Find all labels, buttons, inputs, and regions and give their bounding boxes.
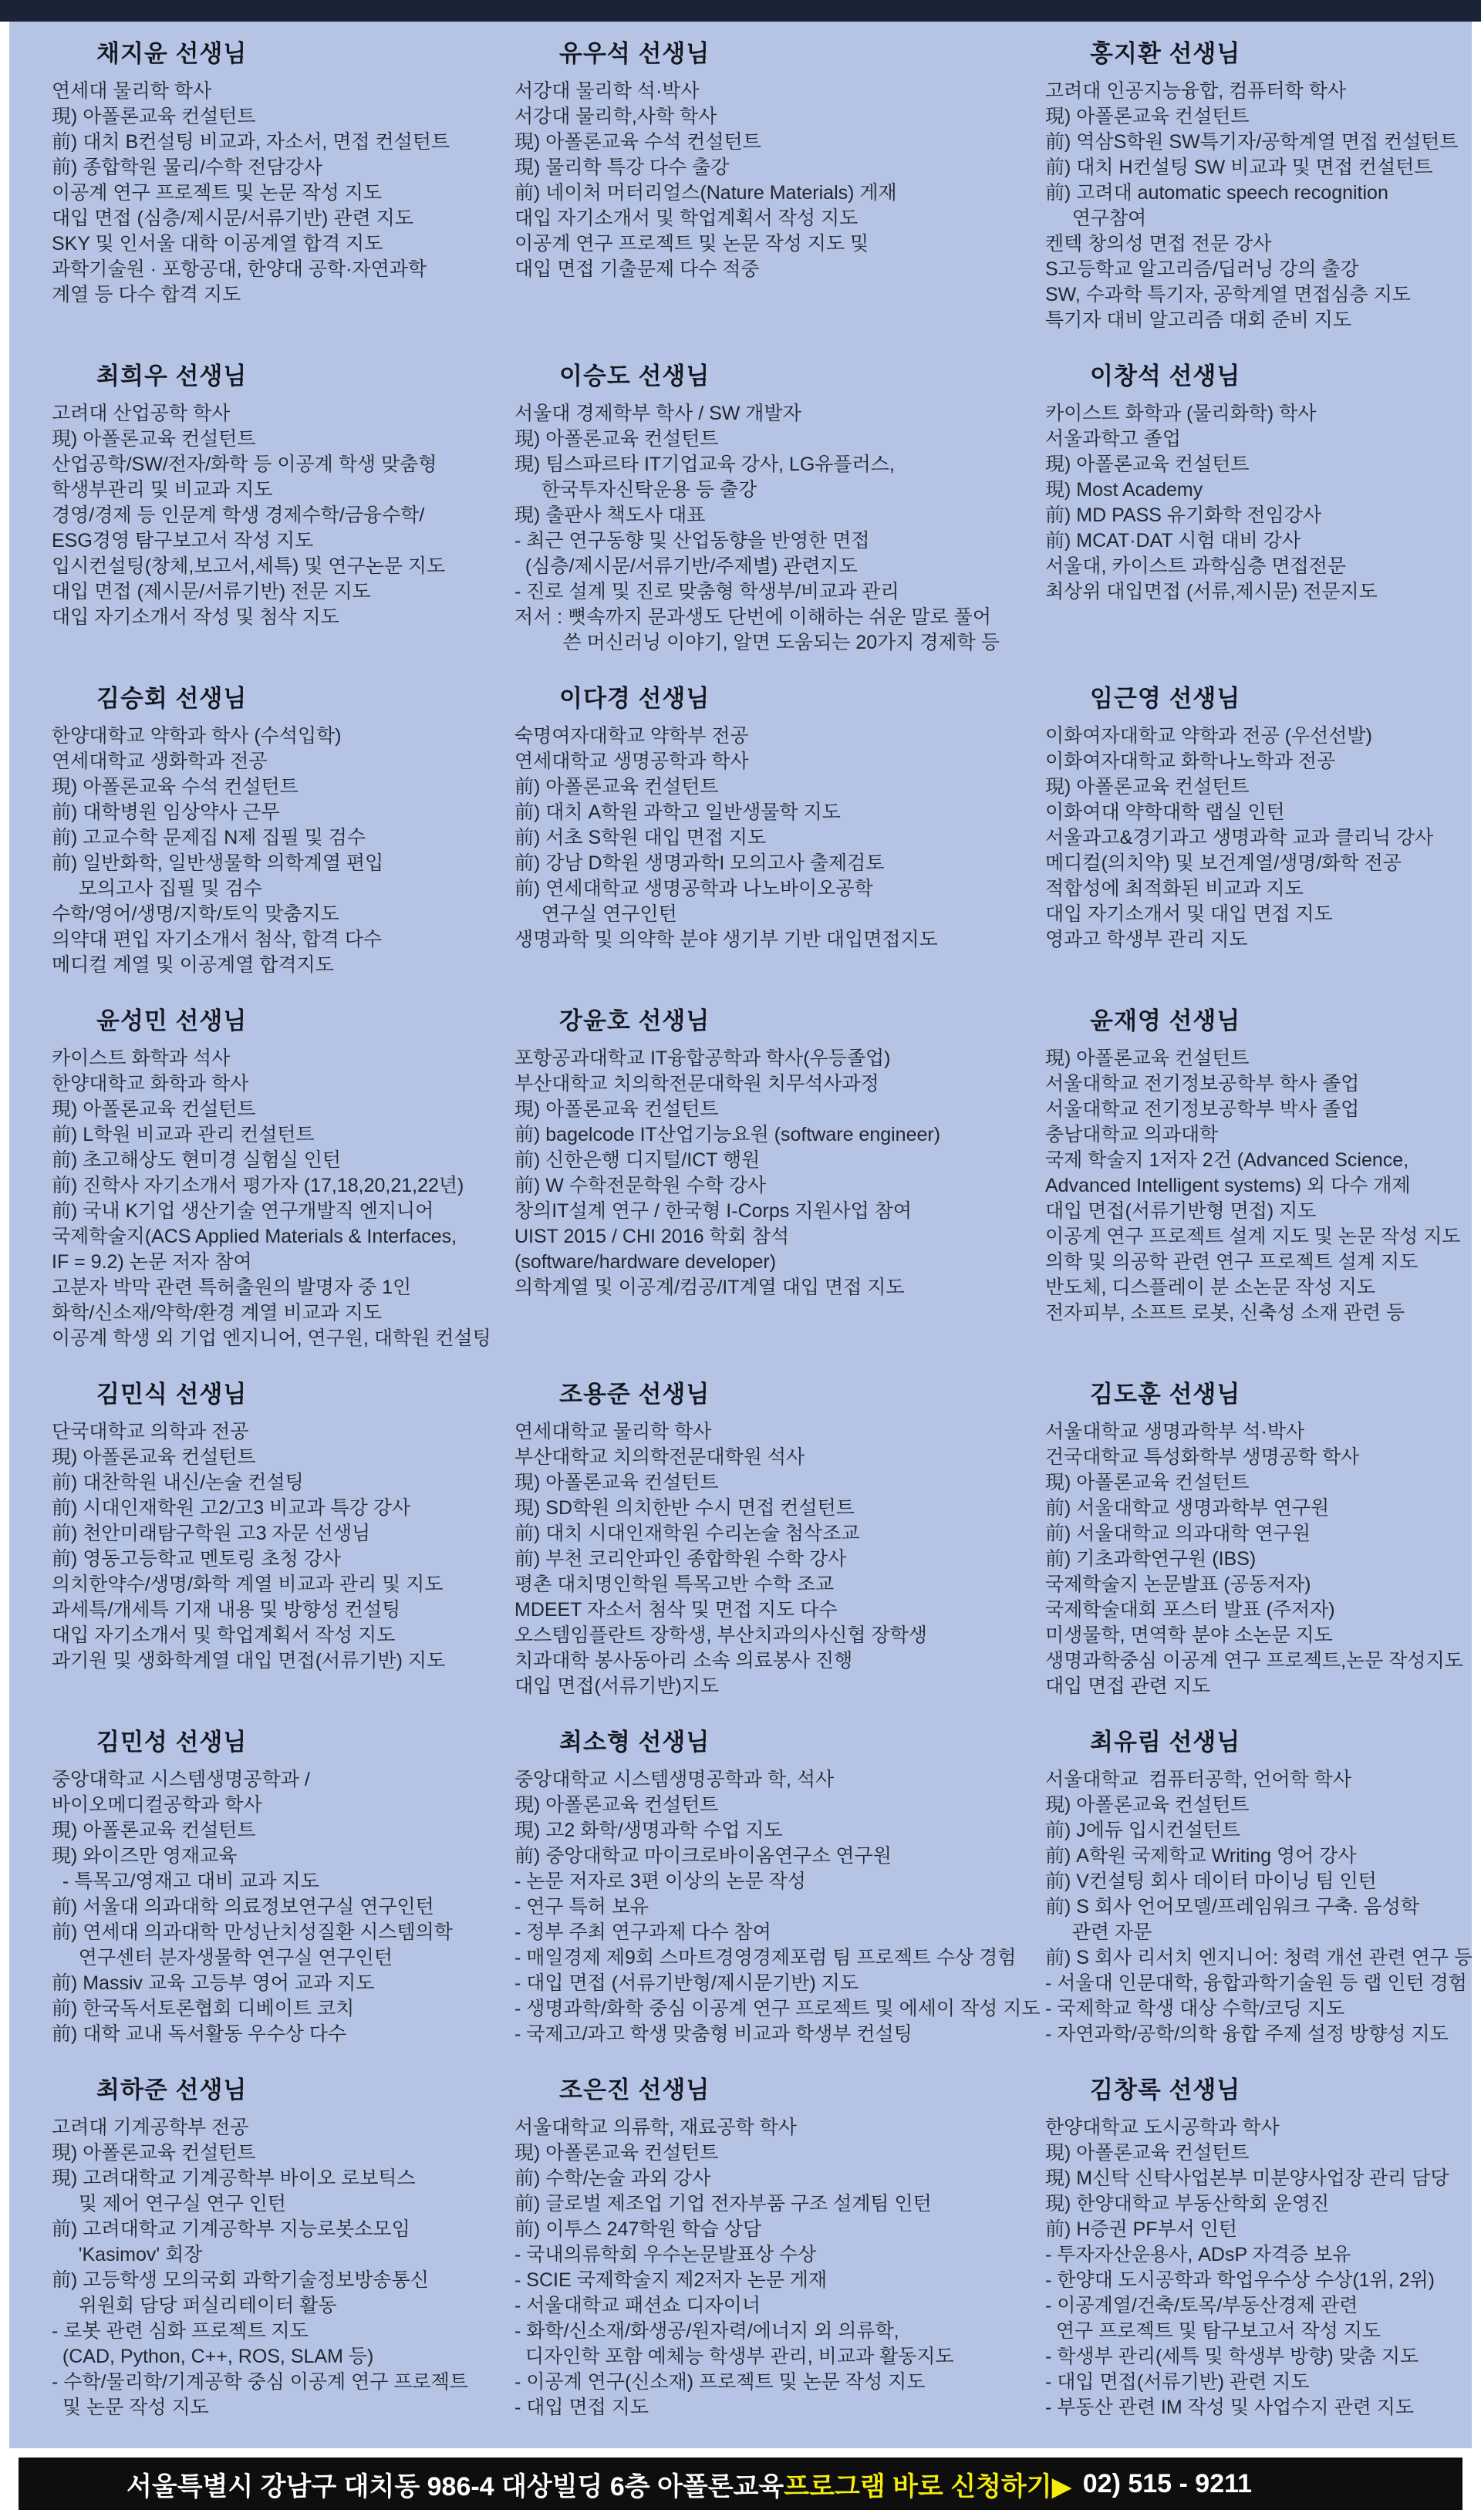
profile-line: 現) 아폴론교육 컨설턴트: [1045, 1046, 1472, 1071]
profile-line: 前) 일반화학, 일반생물학 의학계열 편입: [52, 851, 514, 876]
profile-line: 現) 아폴론교육 컨설턴트: [1045, 1470, 1472, 1496]
profile-line: 고분자 박막 관련 특허출원의 발명자 중 1인: [52, 1275, 514, 1300]
profile-line: - 국내의류학회 우수논문발표상 수상: [514, 2242, 1045, 2268]
profile-line: 現) 아폴론교육 컨설턴트: [1045, 104, 1472, 130]
profile-line: S고등학교 알고리즘/딥러닝 강의 출강: [1045, 257, 1472, 282]
profile-line: - 학생부 관리(세특 및 학생부 방향) 맞춤 지도: [1045, 2344, 1472, 2370]
profile-line: 前) 연세대학교 생명공학과 나노바이오공학: [514, 876, 1045, 902]
profile-line: 의약대 편입 자기소개서 첨삭, 합격 다수: [52, 927, 514, 953]
profile-card: 조용준 선생님연세대학교 물리학 학사부산대학교 치의학전문대학원 석사現) 아…: [514, 1381, 1045, 1699]
teacher-name: 윤재영 선생님: [1090, 1007, 1472, 1035]
profile-line: 연세대학교 물리학 학사: [514, 1419, 1045, 1445]
profile-line: 의학 및 의공학 관련 연구 프로젝트 설계 지도: [1045, 1250, 1472, 1275]
profile-line: (software/hardware developer): [514, 1250, 1045, 1275]
profile-line: - 진로 설계 및 진로 맞춤형 학생부/비교과 관리: [514, 579, 1045, 605]
profile-line: - 서울대 인문대학, 융합과학기술원 등 랩 인턴 경험: [1045, 1971, 1472, 1996]
profile-line: - 대입 면접 (서류기반형/제시문기반) 지도: [514, 1971, 1045, 1996]
profile-line: 現) 아폴론교육 컨설턴트: [514, 427, 1045, 452]
profile-card: 김민성 선생님중앙대학교 시스템생명공학과 /바이오메디컬공학과 학사現) 아폴…: [52, 1729, 514, 2047]
profile-line: 산업공학/SW/전자/화학 등 이공계 학생 맞춤형: [52, 452, 514, 477]
profile-line: - 생명과학/화학 중심 이공계 연구 프로젝트 및 에세이 작성 지도: [514, 1996, 1045, 2022]
profile-card: 이승도 선생님서울대 경제학부 학사 / SW 개발자現) 아폴론교육 컨설턴트…: [514, 363, 1045, 656]
profile-line: 서울대학교 전기정보공학부 박사 졸업: [1045, 1097, 1472, 1122]
profile-line: 연구참여: [1045, 206, 1472, 231]
profile-line: 미생물학, 면역학 분야 소논문 지도: [1045, 1623, 1472, 1648]
profile-line: 現) SD학원 의치한반 수시 면접 컨설턴트: [514, 1496, 1045, 1521]
footer-phone-number: 02) 515 - 9211: [1083, 2469, 1252, 2499]
teacher-name: 채지윤 선생님: [96, 40, 514, 68]
profile-line: SW, 수과학 특기자, 공학계열 면접심층 지도: [1045, 282, 1472, 308]
profile-line: - 한양대 도시공학과 학업우수상 수상(1위, 2위): [1045, 2268, 1472, 2293]
profile-line: 前) 고려대 automatic speech recognition: [1045, 180, 1472, 206]
profile-line: 前) 고려대학교 기계공학부 지능로봇소모임: [52, 2217, 514, 2242]
profile-line: 前) 연세대 의과대학 만성난치성질환 시스템의학: [52, 1920, 514, 1945]
profile-line: - 논문 저자로 3편 이상의 논문 작성: [514, 1869, 1045, 1894]
teacher-name: 조은진 선생님: [559, 2076, 1045, 2104]
profile-line: 과기원 및 생화학계열 대입 면접(서류기반) 지도: [52, 1648, 514, 1674]
profile-line: 대입 면접 (제시문/서류기반) 전문 지도: [52, 579, 514, 605]
profile-line: 前) S 회사 리서치 엔지니어: 청력 개선 관련 연구 등: [1045, 1945, 1472, 1971]
profile-line: 現) 고2 화학/생명과학 수업 지도: [514, 1818, 1045, 1844]
profile-line: 적합성에 최적화된 비교과 지도: [1045, 876, 1472, 902]
profile-line: ESG경영 탐구보고서 작성 지도: [52, 528, 514, 554]
profile-line: 前) 네이처 머터리얼스(Nature Materials) 게재: [514, 180, 1045, 206]
profile-line: 前) 천안미래탐구학원 고3 자문 선생님: [52, 1521, 514, 1547]
profile-line: 前) 대치 시대인재학원 수리논술 첨삭조교: [514, 1521, 1045, 1547]
profile-line: 前) bagelcode IT산업기능요원 (software engineer…: [514, 1122, 1045, 1148]
profile-line: - 투자자산운용사, ADsP 자격증 보유: [1045, 2242, 1472, 2268]
teacher-name: 임근영 선생님: [1090, 685, 1472, 713]
profile-line: 부산대학교 치의학전문대학원 치무석사과정: [514, 1071, 1045, 1097]
profile-line: 단국대학교 의학과 전공: [52, 1419, 514, 1445]
profile-line: 오스템임플란트 장학생, 부산치과의사신협 장학생: [514, 1623, 1045, 1648]
profile-line: - 국제고/과고 학생 맞춤형 비교과 학생부 컨설팅: [514, 2022, 1045, 2047]
profile-line: 서울대 경제학부 학사 / SW 개발자: [514, 401, 1045, 427]
profile-line: 이공계 연구 프로젝트 설계 지도 및 논문 작성 지도: [1045, 1224, 1472, 1250]
profile-line: 現) M신탁 신탁사업본부 미분양사업장 관리 담당: [1045, 2166, 1472, 2191]
profile-line: 前) MD PASS 유기화학 전임강사: [1045, 503, 1472, 528]
profile-line: 관련 자문: [1045, 1920, 1472, 1945]
profile-line: 前) 서초 S학원 대입 면접 지도: [514, 825, 1045, 851]
profile-card: 채지윤 선생님연세대 물리학 학사現) 아폴론교육 컨설턴트前) 대치 B컨설팅…: [52, 40, 514, 333]
profile-line: 및 제어 연구실 연구 인턴: [52, 2191, 514, 2217]
profile-line: - 최근 연구동향 및 산업동향을 반영한 면접: [514, 528, 1045, 554]
teacher-name: 김민식 선생님: [96, 1381, 514, 1408]
profile-line: 전자피부, 소프트 로봇, 신축성 소재 관련 등: [1045, 1300, 1472, 1326]
profile-line: MDEET 자소서 첨삭 및 면접 지도 다수: [514, 1597, 1045, 1623]
profile-line: 現) 물리학 특강 다수 출강: [514, 155, 1045, 180]
profile-line: 의학계열 및 이공계/컴공/IT계열 대입 면접 지도: [514, 1275, 1045, 1300]
profile-line: 창의IT설계 연구 / 한국형 I-Corps 지원사업 참여: [514, 1199, 1045, 1224]
profile-line: 치과대학 봉사동아리 소속 의료봉사 진행: [514, 1648, 1045, 1674]
profile-line: 現) 아폴론교육 수석 컨설턴트: [514, 130, 1045, 155]
profile-card: 홍지환 선생님고려대 인공지능융합, 컴퓨터학 학사現) 아폴론교육 컨설턴트前…: [1045, 40, 1472, 333]
profile-line: 숙명여자대학교 약학부 전공: [514, 724, 1045, 749]
profile-line: 카이스트 화학과 (물리화학) 학사: [1045, 401, 1472, 427]
profile-line: 연세대학교 생화학과 전공: [52, 749, 514, 774]
profile-line: 과학기술원 · 포항공대, 한양대 공학·자연과학: [52, 257, 514, 282]
profile-line: 現) Most Academy: [1045, 477, 1472, 503]
profile-line: 現) 아폴론교육 컨설턴트: [514, 1793, 1045, 1818]
profile-line: 前) A학원 국제학교 Writing 영어 강사: [1045, 1844, 1472, 1869]
profile-line: 現) 아폴론교육 컨설턴트: [514, 1097, 1045, 1122]
teacher-name: 홍지환 선생님: [1090, 40, 1472, 68]
profile-line: 前) 역삼S학원 SW특기자/공학계열 면접 컨설턴트: [1045, 130, 1472, 155]
profile-line: 서강대 물리학 석·박사: [514, 79, 1045, 104]
profile-line: 카이스트 화학과 석사: [52, 1046, 514, 1071]
profile-line: 학생부관리 및 비교과 지도: [52, 477, 514, 503]
profile-card: 김민식 선생님단국대학교 의학과 전공現) 아폴론교육 컨설턴트前) 대찬학원 …: [52, 1381, 514, 1699]
teacher-name: 이창석 선생님: [1090, 363, 1472, 390]
profile-line: 前) V컨설팅 회사 데이터 마이닝 팀 인턴: [1045, 1869, 1472, 1894]
profile-line: - SCIE 국제학술지 제2저자 논문 게재: [514, 2268, 1045, 2293]
profile-line: 및 논문 작성 지도: [52, 2395, 514, 2420]
teacher-name: 유우석 선생님: [559, 40, 1045, 68]
profile-line: 메디컬(의치약) 및 보건계열/생명/화학 전공: [1045, 851, 1472, 876]
profile-card: 조은진 선생님서울대학교 의류학, 재료공학 학사現) 아폴론교육 컨설턴트前)…: [514, 2076, 1045, 2420]
profile-line: 이화여대 약학대학 랩실 인턴: [1045, 800, 1472, 825]
profile-line: 서울대학교 전기정보공학부 학사 졸업: [1045, 1071, 1472, 1097]
profile-line: 대입 면접(서류기반형 면접) 지도: [1045, 1199, 1472, 1224]
profile-line: 現) 한양대학교 부동산학회 운영진: [1045, 2191, 1472, 2217]
profile-line: - 자연과학/공학/의학 융합 주제 설정 방향성 지도: [1045, 2022, 1472, 2047]
profile-line: 서울대, 카이스트 과학심층 면접전문: [1045, 554, 1472, 579]
profile-line: UIST 2015 / CHI 2016 학회 참석: [514, 1224, 1045, 1250]
profile-line: 중앙대학교 시스템생명공학과 /: [52, 1767, 514, 1793]
profile-line: - 수학/물리학/기계공학 중심 이공계 연구 프로젝트: [52, 2370, 514, 2395]
teacher-name: 최유림 선생님: [1090, 1729, 1472, 1756]
profile-line: IF = 9.2) 논문 저자 참여: [52, 1250, 514, 1275]
profile-line: 前) 서울대학교 의과대학 연구원: [1045, 1521, 1472, 1547]
profile-line: 경영/경제 등 인문계 학생 경제수학/금융수학/: [52, 503, 514, 528]
profile-line: 과세특/개세특 기재 내용 및 방향성 컨설팅: [52, 1597, 514, 1623]
profile-line: 前) 영동고등학교 멘토링 초청 강사: [52, 1547, 514, 1572]
profile-line: 서울대학교 의류학, 재료공학 학사: [514, 2115, 1045, 2140]
profile-line: - 로봇 관련 심화 프로젝트 지도: [52, 2319, 514, 2344]
profile-line: 現) 아폴론교육 컨설턴트: [52, 1818, 514, 1844]
profile-line: 前) 국내 K기업 생산기술 연구개발직 엔지니어: [52, 1199, 514, 1224]
teacher-name: 조용준 선생님: [559, 1381, 1045, 1408]
profiles-grid: 채지윤 선생님연세대 물리학 학사現) 아폴론교육 컨설턴트前) 대치 B컨설팅…: [52, 40, 1472, 2420]
footer-address: 서울특별시 강남구 대치동 986-4 대상빌딩 6층 아폴론교육: [127, 2465, 784, 2503]
profile-line: 現) 아폴론교육 컨설턴트: [514, 2140, 1045, 2166]
profile-card: 김승회 선생님한양대학교 약학과 학사 (수석입학)연세대학교 생화학과 전공現…: [52, 685, 514, 978]
profile-line: 前) 대치 A학원 과학고 일반생물학 지도: [514, 800, 1045, 825]
profile-line: 前) J에듀 입시컨설턴트: [1045, 1818, 1472, 1844]
profile-line: 前) 종합학원 물리/수학 전담강사: [52, 155, 514, 180]
profile-line: 국제 학술지 1저자 2건 (Advanced Science,: [1045, 1148, 1472, 1173]
profile-line: 現) 아폴론교육 컨설턴트: [52, 2140, 514, 2166]
profile-line: 대입 면접 (심층/제시문/서류기반) 관련 지도: [52, 206, 514, 231]
profile-line: 의치한약수/생명/화학 계열 비교과 관리 및 지도: [52, 1572, 514, 1597]
profile-line: 고려대 인공지능융합, 컴퓨터학 학사: [1045, 79, 1472, 104]
teacher-name: 김창록 선생님: [1090, 2076, 1472, 2104]
profile-line: 연구센터 분자생물학 연구실 연구인턴: [52, 1945, 514, 1971]
profile-line: 現) 아폴론교육 컨설턴트: [52, 1097, 514, 1122]
profile-line: - 매일경제 제9회 스마트경영경제포럼 팀 프로젝트 수상 경험: [514, 1945, 1045, 1971]
profile-line: 평촌 대치명인학원 특목고반 수학 조교: [514, 1572, 1045, 1597]
profile-line: 디자인학 포함 예체능 학생부 관리, 비교과 활동지도: [514, 2344, 1045, 2370]
profile-line: 영과고 학생부 관리 지도: [1045, 927, 1472, 953]
profile-line: 연구 프로젝트 및 탐구보고서 작성 지도: [1045, 2319, 1472, 2344]
profile-card: 최하준 선생님고려대 기계공학부 전공現) 아폴론교육 컨설턴트現) 고려대학교…: [52, 2076, 514, 2420]
profile-line: - 부동산 관련 IM 작성 및 사업수지 관련 지도: [1045, 2395, 1472, 2420]
profile-line: 이공계 학생 외 기업 엔지니어, 연구원, 대학원 컨설팅: [52, 1326, 514, 1351]
profile-line: 서울과고&경기과고 생명과학 교과 클리닉 강사: [1045, 825, 1472, 851]
profile-line: 모의고사 집필 및 검수: [52, 876, 514, 902]
teacher-name: 김민성 선생님: [96, 1729, 514, 1756]
profile-line: - 이공계열/건축/토목/부동산경제 관련: [1045, 2293, 1472, 2319]
profile-line: 前) 신한은행 디지털/ICT 행원: [514, 1148, 1045, 1173]
profile-line: 연구실 연구인턴: [514, 902, 1045, 927]
profile-card: 유우석 선생님서강대 물리학 석·박사서강대 물리학,사학 학사現) 아폴론교육…: [514, 40, 1045, 333]
profile-line: - 국제학교 학생 대상 수학/코딩 지도: [1045, 1996, 1472, 2022]
profile-card: 강윤호 선생님포항공과대학교 IT융합공학과 학사(우등졸업)부산대학교 치의학…: [514, 1007, 1045, 1351]
profile-line: 국제학술지(ACS Applied Materials & Interfaces…: [52, 1224, 514, 1250]
profile-line: 前) 고등학생 모의국회 과학기술정보방송통신: [52, 2268, 514, 2293]
teacher-name: 최희우 선생님: [96, 363, 514, 390]
profile-line: 켄텍 창의성 면접 전문 강사: [1045, 231, 1472, 257]
profile-line: 대입 자기소개서 및 학업계획서 작성 지도: [514, 206, 1045, 231]
profile-line: 고려대 산업공학 학사: [52, 401, 514, 427]
profile-line: 'Kasimov' 회장: [52, 2242, 514, 2268]
profile-line: 前) 초고해상도 현미경 실험실 인턴: [52, 1148, 514, 1173]
profile-line: 前) 강남 D학원 생명과학I 모의고사 출제검토: [514, 851, 1045, 876]
profile-line: 前) 서울대 의과대학 의료정보연구실 연구인턴: [52, 1894, 514, 1920]
profile-line: 前) 고교수학 문제집 N제 집필 및 검수: [52, 825, 514, 851]
profile-line: 前) 진학사 자기소개서 평가자 (17,18,20,21,22년): [52, 1173, 514, 1199]
profile-line: 前) 부천 코리안파인 종합학원 수학 강사: [514, 1547, 1045, 1572]
profile-line: 입시컨설팅(창체,보고서,세특) 및 연구논문 지도: [52, 554, 514, 579]
profile-line: 국제학술대회 포스터 발표 (주저자): [1045, 1597, 1472, 1623]
profile-line: 前) 서울대학교 생명과학부 연구원: [1045, 1496, 1472, 1521]
profile-line: 前) 대학 교내 독서활동 우수상 다수: [52, 2022, 514, 2047]
profile-card: 최유림 선생님서울대학교 컴퓨터공학, 언어학 학사現) 아폴론교육 컨설턴트前…: [1045, 1729, 1472, 2047]
profile-line: - 특목고/영재고 대비 교과 지도: [52, 1869, 514, 1894]
profile-line: 위원회 담당 퍼실리테이터 활동: [52, 2293, 514, 2319]
profile-line: 現) 아폴론교육 컨설턴트: [1045, 452, 1472, 477]
profile-card: 최희우 선생님고려대 산업공학 학사現) 아폴론교육 컨설턴트산업공학/SW/전…: [52, 363, 514, 656]
profile-line: SKY 및 인서울 대학 이공계열 합격 지도: [52, 231, 514, 257]
profile-line: 現) 아폴론교육 컨설턴트: [514, 1470, 1045, 1496]
profile-line: 前) MCAT·DAT 시험 대비 강사: [1045, 528, 1472, 554]
profile-line: 건국대학교 특성화학부 생명공학 학사: [1045, 1445, 1472, 1470]
footer-apply-link[interactable]: 프로그램 바로 신청하기▶: [784, 2465, 1071, 2503]
profile-card: 최소형 선생님중앙대학교 시스템생명공학과 학, 석사現) 아폴론교육 컨설턴트…: [514, 1729, 1045, 2047]
profile-line: 이공계 연구 프로젝트 및 논문 작성 지도 및: [514, 231, 1045, 257]
profile-line: 특기자 대비 알고리즘 대회 준비 지도: [1045, 308, 1472, 333]
profile-card: 임근영 선생님이화여자대학교 약학과 전공 (우선선발)이화여자대학교 화학나노…: [1045, 685, 1472, 978]
profile-line: 서울과학고 졸업: [1045, 427, 1472, 452]
profile-line: 국제학술지 논문발표 (공동저자): [1045, 1572, 1472, 1597]
profile-line: 메디컬 계열 및 이공계열 합격지도: [52, 953, 514, 978]
profile-line: 前) S 회사 언어모델/프레임워크 구축. 음성학: [1045, 1894, 1472, 1920]
footer-bar: 서울특별시 강남구 대치동 986-4 대상빌딩 6층 아폴론교육 프로그램 바…: [19, 2458, 1462, 2510]
profile-line: 前) 한국독서토론협회 디베이트 코치: [52, 1996, 514, 2022]
profile-line: 前) 대찬학원 내신/논술 컨설팅: [52, 1470, 514, 1496]
profile-line: 이공계 연구 프로젝트 및 논문 작성 지도: [52, 180, 514, 206]
profile-line: 대입 자기소개서 및 학업계획서 작성 지도: [52, 1623, 514, 1648]
profile-line: 최상위 대입면접 (서류,제시문) 전문지도: [1045, 579, 1472, 605]
profile-line: 現) 고려대학교 기계공학부 바이오 로보틱스: [52, 2166, 514, 2191]
profile-line: 연세대학교 생명공학과 학사: [514, 749, 1045, 774]
profile-line: 이화여자대학교 약학과 전공 (우선선발): [1045, 724, 1472, 749]
profile-line: - 서울대학교 패션쇼 디자이너: [514, 2293, 1045, 2319]
profile-line: 생명과학중심 이공계 연구 프로젝트,논문 작성지도: [1045, 1648, 1472, 1674]
profile-line: 前) 기초과학연구원 (IBS): [1045, 1547, 1472, 1572]
profile-line: (심층/제시문/서류기반/주제별) 관련지도: [514, 554, 1045, 579]
profile-line: 한양대학교 도시공학과 학사: [1045, 2115, 1472, 2140]
profile-line: 現) 아폴론교육 수석 컨설턴트: [52, 774, 514, 800]
profile-line: 대입 면접(서류기반)지도: [514, 1674, 1045, 1699]
profile-card: 윤재영 선생님現) 아폴론교육 컨설턴트서울대학교 전기정보공학부 학사 졸업서…: [1045, 1007, 1472, 1351]
profile-line: 現) 아폴론교육 컨설턴트: [1045, 2140, 1472, 2166]
profile-line: 고려대 기계공학부 전공: [52, 2115, 514, 2140]
profile-line: 이화여자대학교 화학나노학과 전공: [1045, 749, 1472, 774]
profile-line: 한양대학교 화학과 학사: [52, 1071, 514, 1097]
profile-line: 서울대학교 컴퓨터공학, 언어학 학사: [1045, 1767, 1472, 1793]
profile-line: 前) 시대인재학원 고2/고3 비교과 특강 강사: [52, 1496, 514, 1521]
teacher-name: 강윤호 선생님: [559, 1007, 1045, 1035]
profile-line: 前) L학원 비교과 관리 컨설턴트: [52, 1122, 514, 1148]
profile-line: 대입 면접 관련 지도: [1045, 1674, 1472, 1699]
top-border-bar: [0, 0, 1481, 22]
profile-line: 前) 대치 H컨설팅 SW 비교과 및 면접 컨설턴트: [1045, 155, 1472, 180]
profile-line: 서울대학교 생명과학부 석·박사: [1045, 1419, 1472, 1445]
profile-line: 前) 아폴론교육 컨설턴트: [514, 774, 1045, 800]
profile-line: 대입 면접 기출문제 다수 적중: [514, 257, 1045, 282]
profile-line: 前) H증권 PF부서 인턴: [1045, 2217, 1472, 2242]
profiles-sheet: 채지윤 선생님연세대 물리학 학사現) 아폴론교육 컨설턴트前) 대치 B컨설팅…: [9, 22, 1472, 2448]
profile-line: 前) 수학/논술 과외 강사: [514, 2166, 1045, 2191]
profile-line: 반도체, 디스플레이 분 소논문 작성 지도: [1045, 1275, 1472, 1300]
profile-line: 연세대 물리학 학사: [52, 79, 514, 104]
profile-line: 중앙대학교 시스템생명공학과 학, 석사: [514, 1767, 1045, 1793]
teacher-name: 윤성민 선생님: [96, 1007, 514, 1035]
profile-line: 現) 아폴론교육 컨설턴트: [1045, 774, 1472, 800]
profile-line: - 대입 면접(서류기반) 관련 지도: [1045, 2370, 1472, 2395]
profile-card: 이창석 선생님카이스트 화학과 (물리화학) 학사서울과학고 졸업現) 아폴론교…: [1045, 363, 1472, 656]
profile-line: 바이오메디컬공학과 학사: [52, 1793, 514, 1818]
teacher-name: 최소형 선생님: [559, 1729, 1045, 1756]
profile-line: 現) 와이즈만 영재교육: [52, 1844, 514, 1869]
profile-line: - 대입 면접 지도: [514, 2395, 1045, 2420]
profile-line: 계열 등 다수 합격 지도: [52, 282, 514, 308]
profile-line: 대입 자기소개서 및 대입 면접 지도: [1045, 902, 1472, 927]
profile-line: 생명과학 및 의약학 분야 생기부 기반 대입면접지도: [514, 927, 1045, 953]
profile-line: 前) 대치 B컨설팅 비교과, 자소서, 면접 컨설턴트: [52, 130, 514, 155]
profile-line: 포항공과대학교 IT융합공학과 학사(우등졸업): [514, 1046, 1045, 1071]
profile-line: 서강대 물리학,사학 학사: [514, 104, 1045, 130]
profile-card: 김도훈 선생님서울대학교 생명과학부 석·박사건국대학교 특성화학부 생명공학 …: [1045, 1381, 1472, 1699]
profile-line: 쓴 머신러닝 이야기, 알면 도움되는 20가지 경제학 등: [514, 630, 1045, 656]
profile-line: 現) 출판사 책도사 대표: [514, 503, 1045, 528]
profile-card: 이다경 선생님숙명여자대학교 약학부 전공연세대학교 생명공학과 학사前) 아폴…: [514, 685, 1045, 978]
profile-line: 前) 글로벌 제조업 기업 전자부품 구조 설계팀 인턴: [514, 2191, 1045, 2217]
profile-line: Advanced Intelligent systems) 외 다수 개제: [1045, 1173, 1472, 1199]
profile-card: 윤성민 선생님카이스트 화학과 석사한양대학교 화학과 학사現) 아폴론교육 컨…: [52, 1007, 514, 1351]
profile-line: 화학/신소재/약학/환경 계열 비교과 지도: [52, 1300, 514, 1326]
profile-line: 한국투자신탁운용 등 출강: [514, 477, 1045, 503]
teacher-name: 김도훈 선생님: [1090, 1381, 1472, 1408]
profile-line: 前) Massiv 교육 고등부 영어 교과 지도: [52, 1971, 514, 1996]
profile-line: 한양대학교 약학과 학사 (수석입학): [52, 724, 514, 749]
teacher-name: 김승회 선생님: [96, 685, 514, 713]
teacher-name: 이승도 선생님: [559, 363, 1045, 390]
profile-line: 부산대학교 치의학전문대학원 석사: [514, 1445, 1045, 1470]
profile-line: - 화학/신소재/화생공/원자력/에너지 외 의류학,: [514, 2319, 1045, 2344]
profile-line: 저서 : 뼛속까지 문과생도 단번에 이해하는 쉬운 말로 풀어: [514, 605, 1045, 630]
profile-line: 수학/영어/생명/지학/토익 맞춤지도: [52, 902, 514, 927]
profile-line: 現) 아폴론교육 컨설턴트: [52, 104, 514, 130]
profile-line: 前) 중앙대학교 마이크로바이옴연구소 연구원: [514, 1844, 1045, 1869]
profile-line: - 정부 주최 연구과제 다수 참여: [514, 1920, 1045, 1945]
teacher-name: 최하준 선생님: [96, 2076, 514, 2104]
profile-line: 現) 아폴론교육 컨설턴트: [52, 1445, 514, 1470]
profile-line: 前) 이투스 247학원 학습 상담: [514, 2217, 1045, 2242]
profile-line: - 연구 특허 보유: [514, 1894, 1045, 1920]
profile-line: 대입 자기소개서 작성 및 첨삭 지도: [52, 605, 514, 630]
teacher-name: 이다경 선생님: [559, 685, 1045, 713]
profile-card: 김창록 선생님한양대학교 도시공학과 학사現) 아폴론교육 컨설턴트現) M신탁…: [1045, 2076, 1472, 2420]
profile-line: (CAD, Python, C++, ROS, SLAM 등): [52, 2344, 514, 2370]
profile-line: 前) W 수학전문학원 수학 강사: [514, 1173, 1045, 1199]
profile-line: 前) 대학병원 임상약사 근무: [52, 800, 514, 825]
profile-line: - 이공계 연구(신소재) 프로젝트 및 논문 작성 지도: [514, 2370, 1045, 2395]
profile-line: 現) 아폴론교육 컨설턴트: [1045, 1793, 1472, 1818]
profile-line: 現) 팀스파르타 IT기업교육 강사, LG유플러스,: [514, 452, 1045, 477]
profile-line: 충남대학교 의과대학: [1045, 1122, 1472, 1148]
profile-line: 現) 아폴론교육 컨설턴트: [52, 427, 514, 452]
